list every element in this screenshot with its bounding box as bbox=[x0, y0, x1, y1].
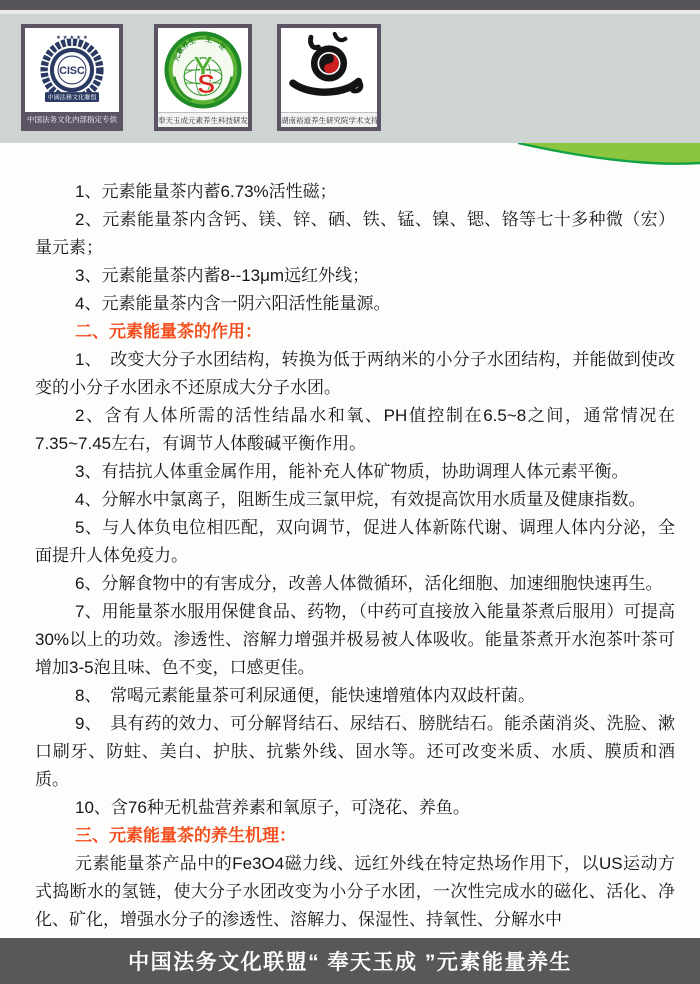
top-bar bbox=[0, 0, 700, 10]
section2-item: 6、分解食物中的有害成分，改善人体微循环，活化细胞、加速细胞快速再生。 bbox=[35, 570, 675, 598]
section3-heading: 三、元素能量茶的养生机理： bbox=[35, 822, 675, 850]
document-body: 1、元素能量茶内蓄6.73%活性磁； 2、元素能量茶内含钙、镁、锌、硒、铁、锰、… bbox=[35, 178, 675, 934]
ys-emblem-icon: 元素养生 一生一世 Y S bbox=[158, 28, 248, 112]
section2-item: 9、 具有药的效力、可分解肾结石、尿结石、膀胱结石。能杀菌消炎、洗脸、漱口刷牙、… bbox=[35, 710, 675, 794]
section1-item: 3、元素能量茶内蓄8--13μm远红外线； bbox=[35, 262, 675, 290]
cisc-center-text: CISC bbox=[59, 65, 85, 77]
section2-item: 2、含有人体所需的活性结晶水和氧、PH值控制在6.5~8之间，通常情况在7.35… bbox=[35, 402, 675, 458]
logo-card-cisc: ★ ★ ★ ★ ★ CISC 中國法務文化聯盟 中国法务文化内部指定专供 bbox=[21, 24, 123, 131]
ink-bird-yinyang-icon bbox=[281, 28, 377, 112]
section2-item: 8、 常喝元素能量茶可利尿通便，能快速增殖体内双歧杆菌。 bbox=[35, 682, 675, 710]
document-page: ★ ★ ★ ★ ★ CISC 中國法務文化聯盟 中国法务文化内部指定专供 bbox=[0, 0, 700, 984]
section2-item: 5、与人体负电位相匹配，双向调节，促进人体新陈代谢、调理人体内分泌，全面提升人体… bbox=[35, 514, 675, 570]
section1-item: 1、元素能量茶内蓄6.73%活性磁； bbox=[35, 178, 675, 206]
footer-text: 中国法务文化联盟“ 奉天玉成 ”元素能量养生 bbox=[128, 946, 572, 976]
cisc-stars: ★ ★ ★ ★ ★ bbox=[56, 34, 88, 41]
ys-letter-s: S bbox=[197, 69, 215, 99]
logo-caption-cisc: 中国法务文化内部指定专供 bbox=[25, 112, 119, 127]
section2-item: 1、 改变大分子水团结构，转换为低于两纳米的小分子水团结构，并能做到使改变的小分… bbox=[35, 346, 675, 402]
logo-card-yudao: 湖南裕道养生研究院学术支持 bbox=[277, 24, 381, 131]
cisc-banner-text: 中國法務文化聯盟 bbox=[47, 94, 96, 102]
section1-item: 4、元素能量茶内含一阴六阳活性能量源。 bbox=[35, 290, 675, 318]
logo-card-ys: 元素养生 一生一世 Y S 奉天玉成元素养生科技研发 bbox=[154, 24, 252, 131]
logo-caption-ys: 奉天玉成元素养生科技研发 bbox=[158, 112, 248, 127]
header-band: ★ ★ ★ ★ ★ CISC 中國法務文化聯盟 中国法务文化内部指定专供 bbox=[0, 14, 700, 143]
section2-heading: 二、元素能量茶的作用： bbox=[35, 318, 675, 346]
cisc-badge-icon: ★ ★ ★ ★ ★ CISC 中國法務文化聯盟 bbox=[25, 28, 119, 112]
section1-item: 2、元素能量茶内含钙、镁、锌、硒、铁、锰、镍、锶、铬等七十多种微（宏）量元素； bbox=[35, 206, 675, 262]
section2-item: 4、分解水中氯离子，阻断生成三氯甲烷，有效提高饮用水质量及健康指数。 bbox=[35, 486, 675, 514]
section3-paragraph: 元素能量茶产品中的Fe3O4磁力线、远红外线在特定热场作用下，以US运动方式捣断… bbox=[35, 850, 675, 934]
section2-item: 10、含76种无机盐营养素和氧原子，可浇花、养鱼。 bbox=[35, 794, 675, 822]
logo-caption-yudao: 湖南裕道养生研究院学术支持 bbox=[281, 112, 377, 127]
section2-item: 3、有拮抗人体重金属作用，能补充人体矿物质，协助调理人体元素平衡。 bbox=[35, 458, 675, 486]
section2-item: 7、用能量茶水服用保健食品、药物，（中药可直接放入能量茶煮后服用）可提高30%以… bbox=[35, 598, 675, 682]
footer-band: 中国法务文化联盟“ 奉天玉成 ”元素能量养生 bbox=[0, 938, 700, 984]
